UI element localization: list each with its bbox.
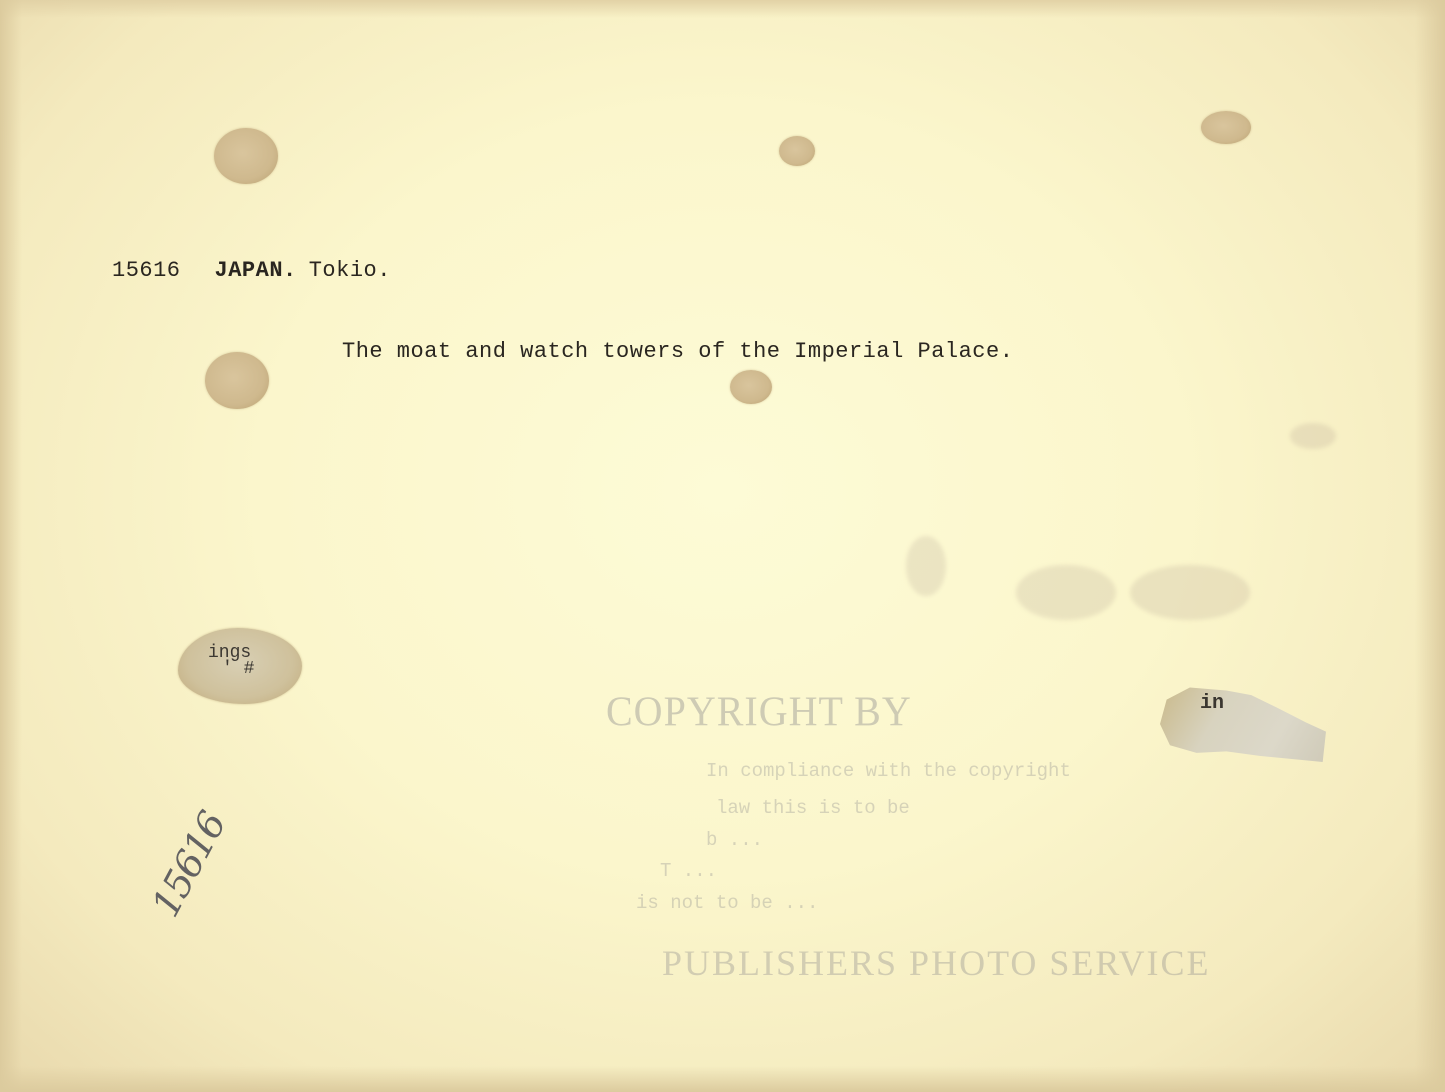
glue-spot: [779, 136, 815, 166]
smudge: [1130, 565, 1250, 620]
catalog-entry: 15616JAPAN.Tokio.: [112, 258, 391, 283]
copyright-stamp-line: T ...: [660, 860, 717, 882]
paper-edge-bottom: [0, 1066, 1445, 1092]
smudge: [1016, 565, 1116, 620]
photo-caption: The moat and watch towers of the Imperia…: [342, 339, 1013, 364]
copyright-stamp-title: COPYRIGHT BY: [606, 687, 912, 736]
copyright-stamp-line: law this is to be: [716, 797, 910, 819]
paper-edge-right: [1415, 0, 1445, 1092]
smudge: [1290, 423, 1336, 449]
glue-spot: [730, 370, 772, 404]
torn-paper-fragment: [1160, 686, 1326, 762]
copyright-stamp-line: is not to be ...: [636, 892, 818, 914]
paper-edge-top: [0, 0, 1445, 18]
catalog-country: JAPAN.: [215, 258, 297, 283]
copyright-stamp-line: b ...: [706, 829, 763, 851]
glued-label-line-2: ' #: [208, 661, 254, 677]
smudge: [906, 536, 946, 596]
torn-fragment-text: in: [1200, 692, 1224, 715]
copyright-stamp-line: In compliance with the copyright: [706, 760, 1071, 782]
glue-spot: [205, 352, 269, 409]
glue-spot: [214, 128, 278, 184]
catalog-city: Tokio.: [309, 258, 391, 283]
paper-edge-left: [0, 0, 22, 1092]
document-card: 15616JAPAN.Tokio. The moat and watch tow…: [0, 0, 1445, 1092]
catalog-number: 15616: [112, 258, 181, 283]
glued-label-text: ings ' #: [208, 645, 254, 677]
copyright-stamp-footer: PUBLISHERS PHOTO SERVICE: [662, 942, 1211, 984]
glue-spot: [1201, 111, 1251, 144]
handwritten-catalog-number: 15616: [143, 805, 234, 924]
